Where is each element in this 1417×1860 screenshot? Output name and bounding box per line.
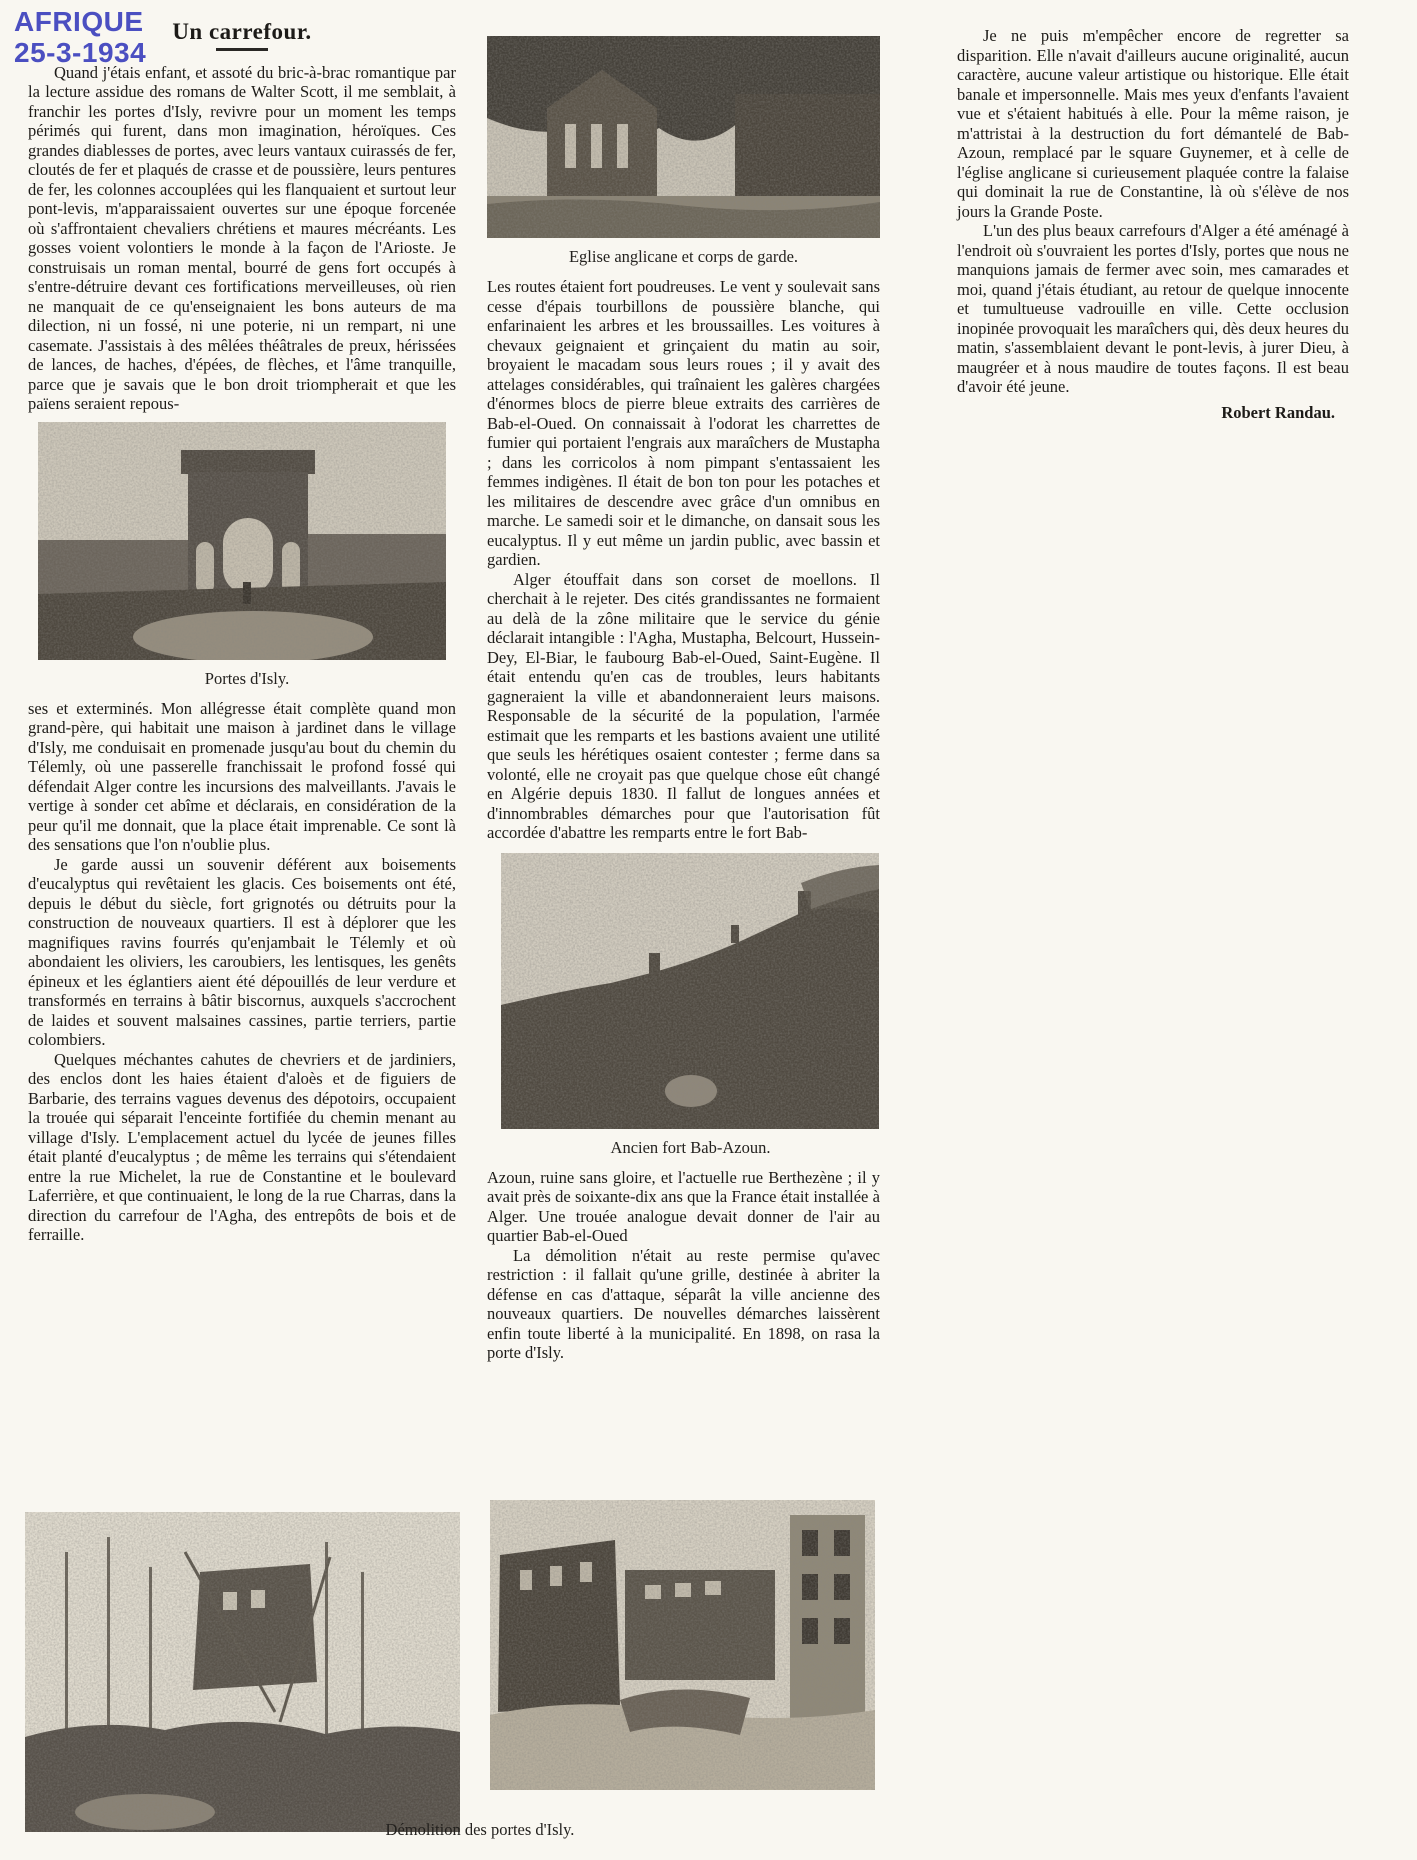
portes-disly-image — [38, 422, 446, 660]
author-signature: Robert Randau. — [957, 403, 1349, 423]
photo-portes-disly: Portes d'Isly. — [38, 422, 456, 689]
body-paragraph: L'un des plus beaux carrefours d'Alger a… — [957, 221, 1349, 397]
column-2: Eglise anglicane et corps de garde. Les … — [487, 36, 880, 1363]
body-paragraph: Je ne puis m'empêcher encore de regrette… — [957, 26, 1349, 221]
photo-caption: Ancien fort Bab-Azoun. — [501, 1138, 880, 1158]
photo-caption: Eglise anglicane et corps de garde. — [487, 247, 880, 267]
article-title: Un carrefour. — [28, 22, 456, 42]
column-3: Je ne puis m'empêcher encore de regrette… — [957, 26, 1349, 422]
body-paragraph: Azoun, ruine sans gloire, et l'actuelle … — [487, 1168, 880, 1246]
photo-demolition-street — [490, 1500, 875, 1790]
column-1: Un carrefour. Quand j'étais enfant, et a… — [28, 18, 456, 1245]
photo-caption: Portes d'Isly. — [38, 669, 456, 689]
eglise-anglicane-image — [487, 36, 880, 238]
title-rule — [216, 48, 268, 51]
photo-caption-demolition: Démolition des portes d'Isly. — [250, 1820, 710, 1840]
photo-fort-bab-azoun: Ancien fort Bab-Azoun. — [501, 853, 880, 1158]
body-paragraph: Alger étouffait dans son corset de moell… — [487, 570, 880, 843]
photo-eglise-anglicane: Eglise anglicane et corps de garde. — [487, 36, 880, 267]
photo-demolition-scaffolding — [25, 1512, 460, 1832]
body-paragraph: Quand j'étais enfant, et assoté du bric-… — [28, 63, 456, 414]
body-paragraph: Quelques méchantes cahutes de chevriers … — [28, 1050, 456, 1245]
demolition-scaffolding-image — [25, 1512, 460, 1832]
body-paragraph: Je garde aussi un souvenir déférent aux … — [28, 855, 456, 1050]
body-paragraph: La démolition n'était au reste permise q… — [487, 1246, 880, 1363]
body-paragraph: ses et exterminés. Mon allégresse était … — [28, 699, 456, 855]
body-paragraph: Les routes étaient fort poudreuses. Le v… — [487, 277, 880, 570]
newspaper-page: AFRIQUE 25-3-1934 Un carrefour. Quand j'… — [0, 0, 1417, 1860]
fort-bab-azoun-image — [501, 853, 879, 1129]
demolition-street-image — [490, 1500, 875, 1790]
